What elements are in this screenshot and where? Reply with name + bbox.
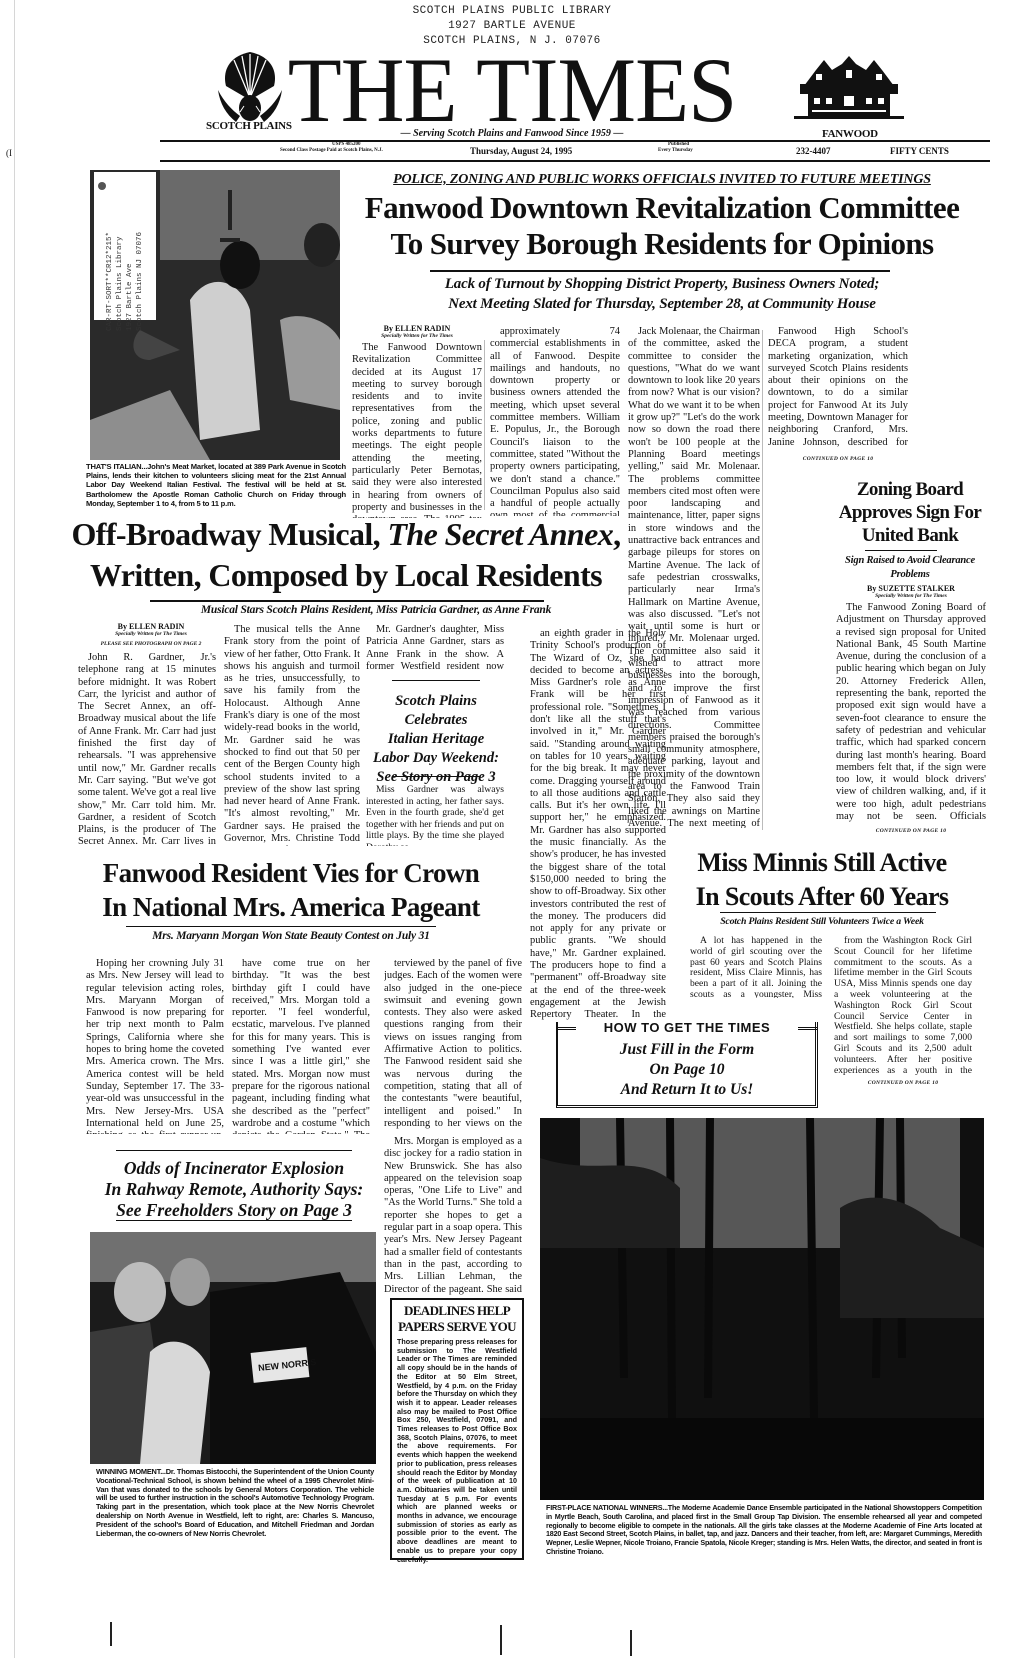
column-text: Mrs. Morgan is employed as a disc jockey… [384, 1136, 522, 1296]
subscribe-box[interactable]: HOW TO GET THE TIMES Just Fill in the Fo… [556, 1022, 818, 1108]
column-text: The Fanwood Downtown Revitalization Comm… [352, 342, 482, 518]
musical-headline-rule [150, 600, 544, 602]
scouts-headline-line: In Scouts After 60 Years [684, 880, 960, 914]
lead-deck-line: Next Meeting Slated for Thursday, Septem… [352, 294, 972, 314]
zoning-continued-link[interactable]: CONTINUED ON PAGE 10 [836, 828, 986, 834]
deadlines-body: Those preparing press releases for submi… [397, 1338, 517, 1564]
pageant-headline-rule [126, 926, 436, 927]
byline-credit: Specially Written for The Times [836, 593, 986, 600]
column-text: Mr. Gardner's daughter, Miss Patricia An… [366, 624, 504, 674]
incinerator-rule-top [116, 1150, 352, 1151]
van-photo-caption: WINNING MOMENT...Dr. Thomas Bistocchi, t… [96, 1468, 374, 1538]
masthead-rule-top [160, 140, 990, 142]
lead-headline: Fanwood Downtown Revitalization Committe… [352, 190, 972, 261]
pageant-deck: Mrs. Maryann Morgan Won State Beauty Con… [66, 930, 516, 942]
scouts-headline-rule [720, 912, 936, 913]
masthead-info-bar: USPS 485200 Second Class Postage Paid at… [160, 143, 990, 161]
byline-credit: Specially Written for The Times [352, 333, 482, 340]
lead-kicker: POLICE, ZONING AND PUBLIC WORKS OFFICIAL… [352, 172, 972, 188]
teaser-line: See Freeholders Story on Page 3 [86, 1200, 382, 1221]
byline-name: By ELLEN RADIN [86, 622, 216, 631]
dance-photo-caption: FIRST-PLACE NATIONAL WINNERS...The Moder… [546, 1504, 982, 1557]
musical-column-4: an eighth grader in the Holy Trinity Sch… [530, 628, 666, 1022]
subscribe-line: On Page 10 [558, 1060, 816, 1080]
scouts-continued-link[interactable]: CONTINUED ON PAGE 10 [834, 1080, 972, 1086]
scouts-column-1: A lot has happened in the world of girl … [690, 936, 822, 998]
scan-margin-line [14, 0, 15, 1658]
musical-column-3-bottom: Miss Gardner was always interested in ac… [366, 784, 504, 846]
issue-date: Thursday, August 24, 1995 [470, 146, 572, 156]
lead-deck: Lack of Turnout by Shopping District Pro… [352, 274, 972, 314]
musical-column-1: John R. Gardner, Jr.'s telephone rang at… [78, 652, 216, 844]
lead-column-1: The Fanwood Downtown Revitalization Comm… [352, 342, 482, 518]
scan-artifact-mark: (I [6, 148, 12, 158]
column-text: The musical tells the Anne Frank story f… [224, 624, 360, 846]
subscribe-box-top-left-rule [556, 1027, 576, 1030]
byline-name: By ELLEN RADIN [352, 324, 482, 333]
teaser-rule-top [392, 680, 480, 681]
column-text: John R. Gardner, Jr.'s telephone rang at… [78, 652, 216, 844]
lead-headline-rule [430, 270, 890, 272]
mailing-label: CAR-RT-SORT**CR12*215* Scotch Plains Lib… [94, 172, 156, 320]
lead-continued-link[interactable]: CONTINUED ON PAGE 10 [768, 456, 908, 462]
teaser-line: Odds of Incinerator Explosion [86, 1158, 382, 1179]
usps-number: USPS 485200 [332, 142, 360, 147]
pageant-headline-line: Fanwood Resident Vies for Crown [66, 856, 516, 890]
headline-text: Off-Broadway Musical, [71, 516, 387, 552]
musical-column-3-top: Mr. Gardner's daughter, Miss Patricia An… [366, 624, 504, 674]
dance-ensemble-photo [540, 1118, 984, 1500]
column-divider [762, 330, 763, 830]
mailing-label-line: Scotch Plains NJ 07076 [135, 181, 145, 331]
column-text: Miss Gardner was always interested in ac… [366, 784, 504, 846]
pageant-column-1: Hoping her crowning July 31 as Mrs. New … [86, 958, 224, 1134]
deadlines-box: DEADLINES HELP PAPERS SERVE YOU Those pr… [390, 1298, 524, 1560]
teaser-line: Italian Heritage [366, 730, 506, 749]
pageant-headline: Fanwood Resident Vies for Crown In Natio… [66, 856, 516, 924]
teaser-rule-bottom [392, 776, 480, 777]
mailing-label-line: CAR-RT-SORT**CR12*215* [105, 181, 115, 331]
headline-title-italic: The Secret Annex [387, 516, 613, 552]
column-text: terviewed by the panel of five judges. E… [384, 958, 522, 1130]
lead-deck-line: Lack of Turnout by Shopping District Pro… [352, 274, 972, 294]
postage-note: Second Class Postage Paid at Scotch Plai… [280, 148, 383, 153]
column-text: Fanwood High School's DECA program, a st… [768, 326, 908, 450]
scan-artifact-mark [630, 1630, 632, 1656]
musical-byline: By ELLEN RADIN Specially Written for The… [86, 622, 216, 648]
musical-headline-line: Written, Composed by Local Residents [66, 555, 626, 596]
byline-name: By SUZETTE STALKER [836, 584, 986, 593]
column-text: from the Washington Rock Girl Scout Coun… [834, 936, 972, 1076]
masthead-title: THE TIMES [243, 44, 781, 136]
scouts-headline: Miss Minnis Still Active In Scouts After… [684, 846, 960, 914]
subscribe-line: Just Fill in the Form [558, 1040, 816, 1060]
scouts-headline-line: Miss Minnis Still Active [684, 846, 960, 880]
headline-text: , [613, 516, 620, 552]
lead-headline-line: Fanwood Downtown Revitalization Committe… [352, 190, 972, 226]
van-photo: NEW NORRIS [90, 1232, 376, 1464]
zoning-headline: Zoning Board Approves Sign For United Ba… [830, 478, 990, 547]
lead-column-2: approximately 74 commercial establishmen… [490, 326, 620, 516]
lead-byline: By ELLEN RADIN Specially Written for The… [352, 324, 482, 340]
teaser-line: In Rahway Remote, Authority Says: [86, 1179, 382, 1200]
musical-column-2: The musical tells the Anne Frank story f… [224, 624, 360, 846]
mailing-label-line: 1927 Bartle Ave [125, 181, 135, 331]
pageant-column-3b: Mrs. Morgan is employed as a disc jockey… [384, 1136, 522, 1296]
subscribe-title: HOW TO GET THE TIMES [580, 1020, 794, 1035]
phone-number: 232-4407 [796, 146, 831, 156]
photo-reference-note[interactable]: PLEASE SEE PHOTOGRAPH ON PAGE 2 [86, 641, 216, 648]
masthead-tagline: — Serving Scotch Plains and Fanwood Sinc… [0, 128, 1024, 139]
byline-credit: Specially Written for The Times [86, 631, 216, 638]
italian-heritage-teaser[interactable]: Scotch Plains Celebrates Italian Heritag… [366, 692, 506, 787]
subscribe-box-top-right-rule [798, 1027, 818, 1030]
scouts-deck: Scotch Plains Resident Still Volunteers … [684, 916, 960, 927]
pageant-headline-line: In National Mrs. America Pageant [66, 890, 516, 924]
published-frequency: Every Thursday [658, 148, 693, 153]
pageant-column-2: have come true on her birthday. "It was … [232, 958, 370, 1134]
incinerator-rule-bottom [116, 1220, 352, 1221]
library-stamp-line: SCOTCH PLAINS PUBLIC LIBRARY [0, 4, 1024, 19]
fanwood-station-logo-icon [794, 56, 904, 122]
musical-headline-line: Off-Broadway Musical, The Secret Annex, [66, 514, 626, 555]
scan-artifact-mark [110, 1622, 112, 1646]
library-stamp-line: 1927 BARTLE AVENUE [0, 19, 1024, 34]
zoning-body: The Fanwood Zoning Board of Adjustment o… [836, 602, 986, 824]
column-text: have come true on her birthday. "It was … [232, 958, 370, 1134]
zoning-headline-rule [865, 550, 937, 551]
subscribe-text: Just Fill in the Form On Page 10 And Ret… [558, 1040, 816, 1100]
scouts-column-2: from the Washington Rock Girl Scout Coun… [834, 936, 972, 1076]
masthead-rule-bottom [160, 160, 990, 162]
deadlines-title-line: PAPERS SERVE YOU [397, 1319, 517, 1335]
musical-deck: Musical Stars Scotch Plains Resident, Mi… [66, 604, 686, 616]
column-text: The Fanwood Zoning Board of Adjustment o… [836, 602, 986, 824]
price: FIFTY CENTS [890, 146, 949, 156]
zoning-deck: Sign Raised to Avoid Clearance Problems [830, 554, 990, 582]
deadlines-title-line: DEADLINES HELP [397, 1303, 517, 1319]
zoning-byline: By SUZETTE STALKER Specially Written for… [836, 584, 986, 600]
teaser-line: Scotch Plains Celebrates [366, 692, 506, 730]
teaser-line: Labor Day Weekend: [366, 749, 506, 768]
photo-image [90, 1232, 376, 1464]
published-label: Published [668, 142, 689, 147]
lead-headline-line: To Survey Borough Residents for Opinions [352, 226, 972, 262]
incinerator-teaser[interactable]: Odds of Incinerator Explosion In Rahway … [86, 1158, 382, 1221]
column-text: Hoping her crowning July 31 as Mrs. New … [86, 958, 224, 1134]
pageant-column-3: terviewed by the panel of five judges. E… [384, 958, 522, 1130]
column-text: an eighth grader in the Holy Trinity Sch… [530, 628, 666, 1022]
column-text: A lot has happened in the world of girl … [690, 936, 822, 998]
italian-photo-caption: THAT'S ITALIAN...John's Meat Market, loc… [86, 462, 346, 508]
lead-column-4: Fanwood High School's DECA program, a st… [768, 326, 908, 450]
column-text: approximately 74 commercial establishmen… [490, 326, 620, 516]
subscribe-line: And Return It to Us! [558, 1080, 816, 1100]
column-divider [484, 340, 485, 510]
mailing-label-line: Scotch Plains Library [115, 181, 125, 331]
musical-headline: Off-Broadway Musical, The Secret Annex, … [66, 514, 626, 596]
scan-artifact-mark [500, 1625, 502, 1655]
photo-image [540, 1118, 984, 1500]
